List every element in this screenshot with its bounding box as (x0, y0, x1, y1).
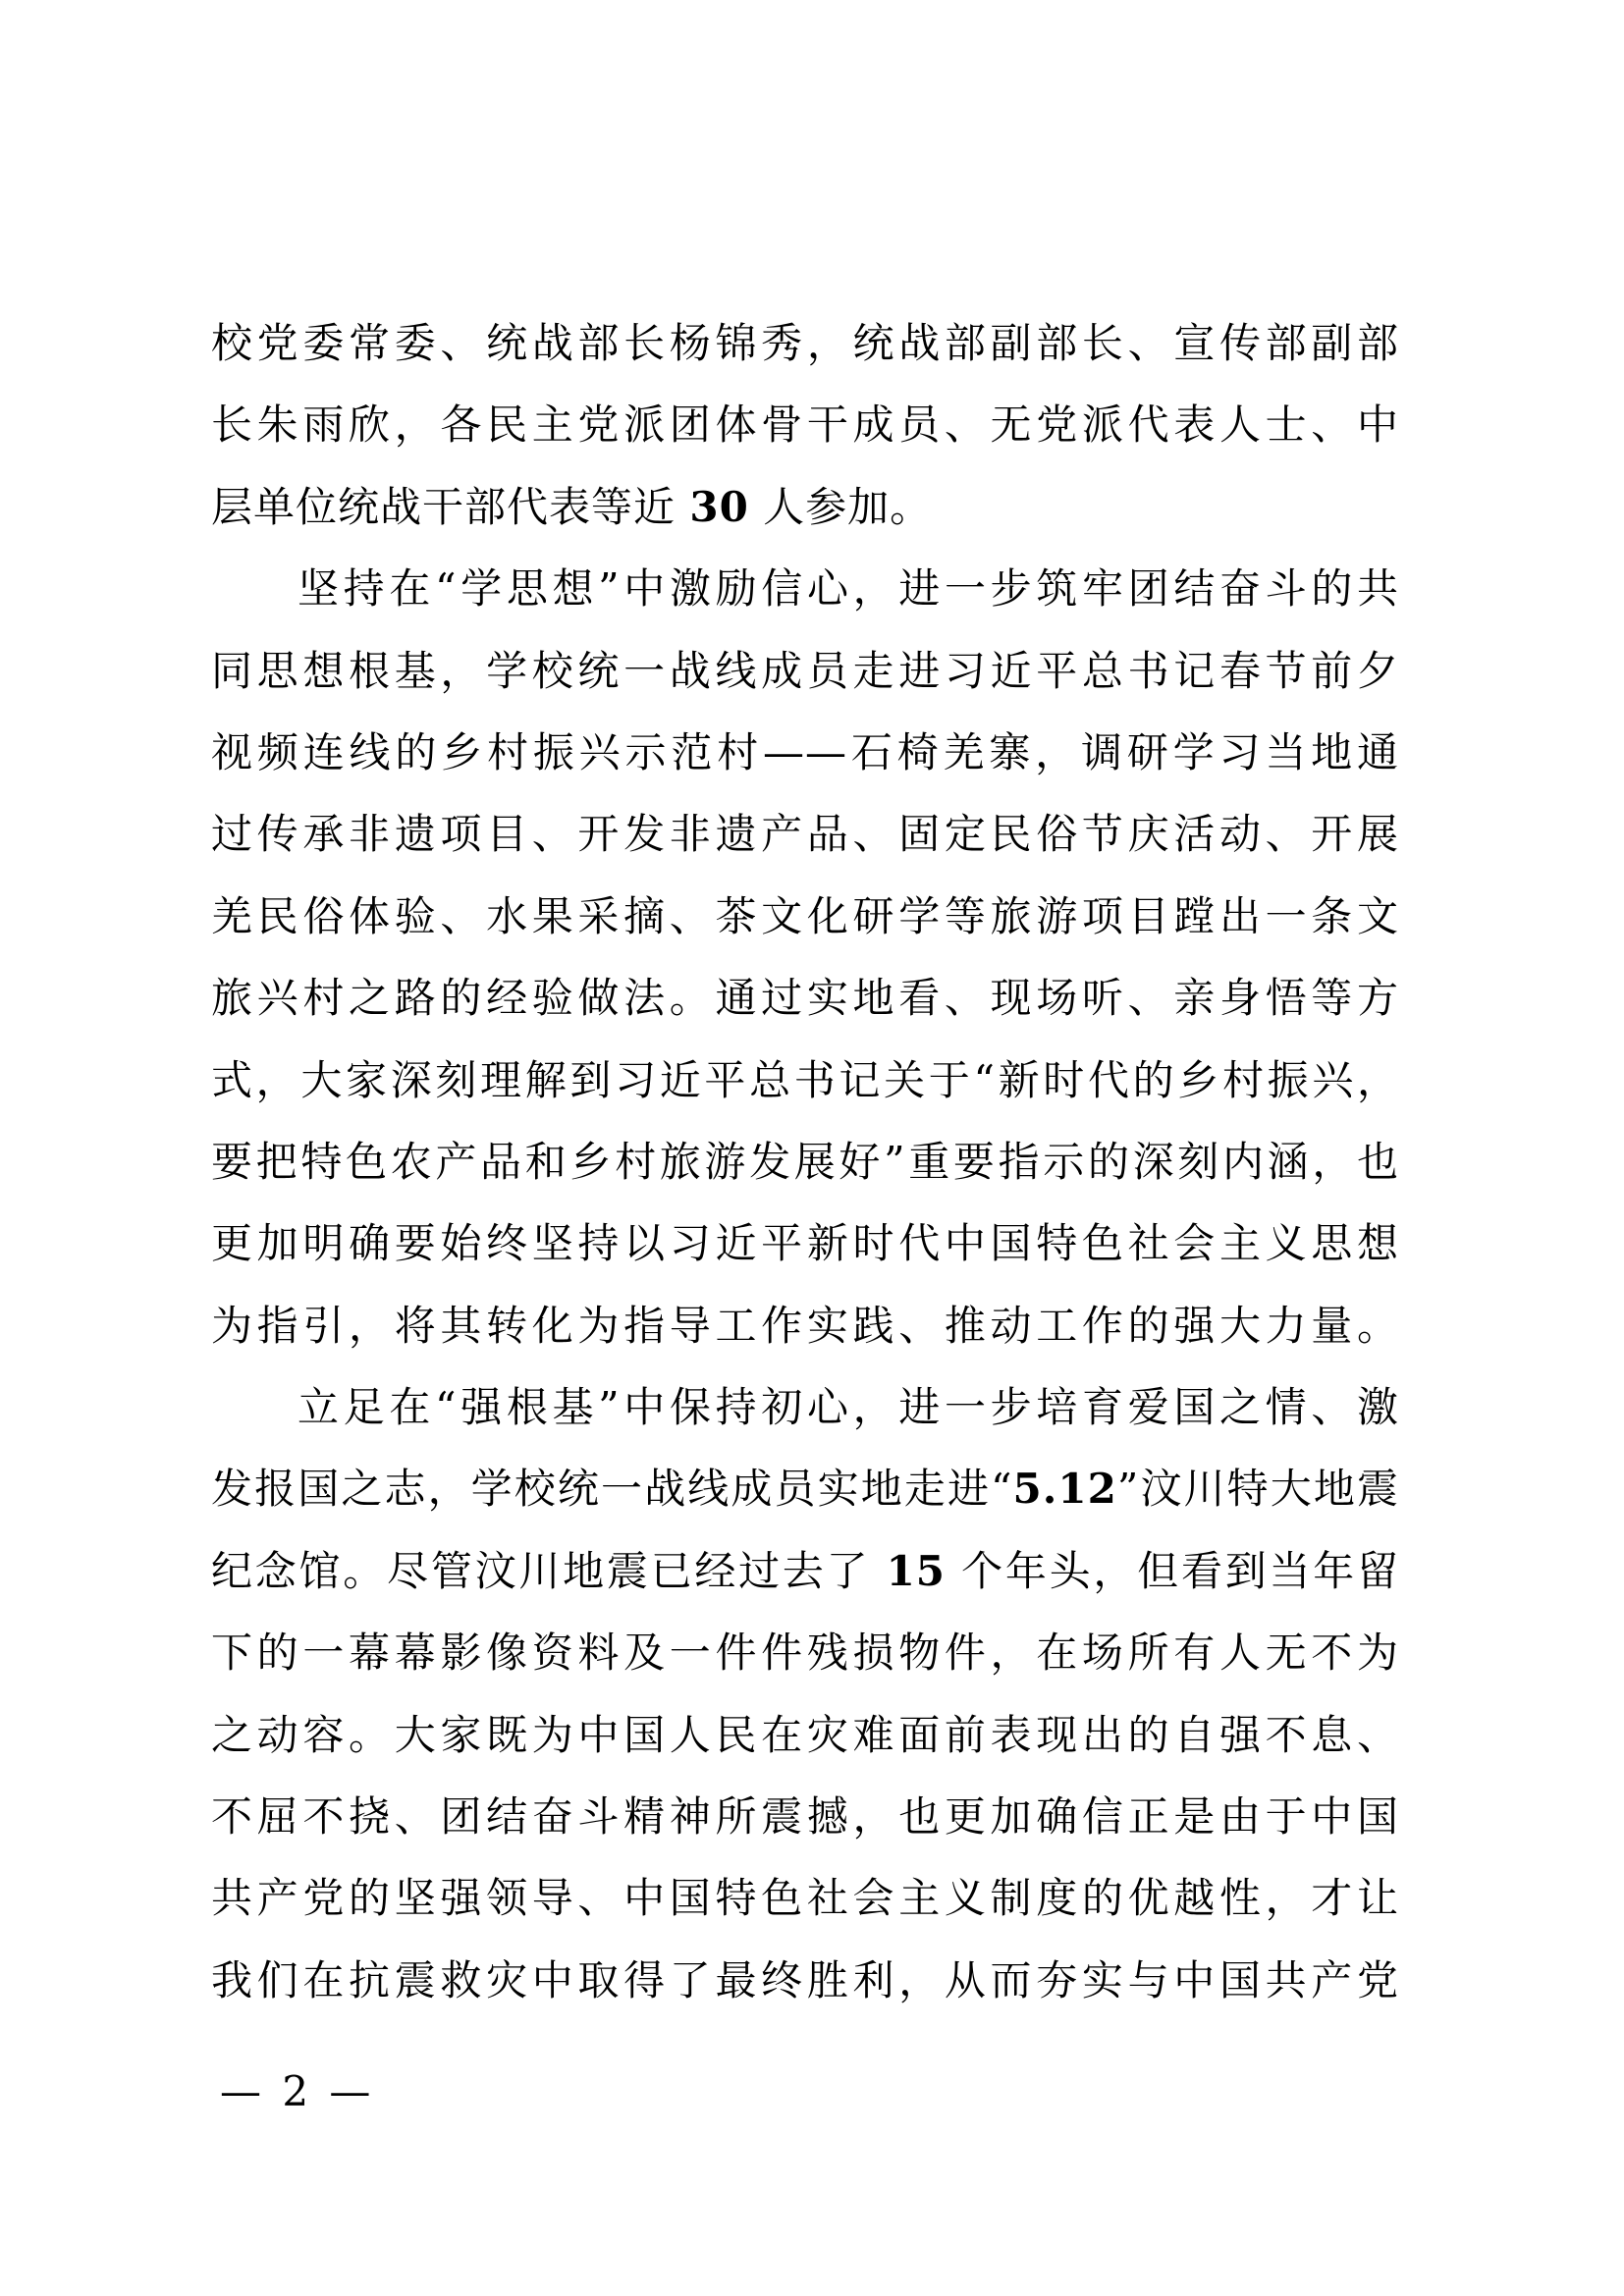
text-run: 层单位统战干部代表等近 (211, 483, 689, 531)
text-run: 我们在抗震救灾中取得了最终胜利，从而夯实与中国共产党 (211, 1956, 1399, 2004)
text-line: 同思想根基，学校统一战线成员走进习近平总书记春节前夕 (211, 630, 1399, 712)
numeral: 5.12 (1013, 1465, 1117, 1513)
text-line: 我们在抗震救灾中取得了最终胜利，从而夯实与中国共产党 (211, 1940, 1399, 2021)
text-line: 立足在“强根基”中保持初心，进一步培育爱国之情、激 (211, 1366, 1399, 1448)
text-run: 立足在“强根基”中保持初心，进一步培育爱国之情、激 (298, 1383, 1399, 1431)
page-number: — 2 — (220, 2067, 370, 2116)
text-line: 式，大家深刻理解到习近平总书记关于“新时代的乡村振兴， (211, 1040, 1399, 1121)
text-run: 坚持在“学思想”中激励信心，进一步筑牢团结奋斗的共 (298, 564, 1399, 613)
text-run: 要把特色农产品和乡村旅游发展好”重要指示的深刻内涵，也 (211, 1138, 1399, 1186)
text-line: 羌民俗体验、水果采摘、茶文化研学等旅游项目蹚出一条文 (211, 876, 1399, 957)
text-run: 同思想根基，学校统一战线成员走进习近平总书记春节前夕 (211, 647, 1399, 695)
text-run: 旅兴村之路的经验做法。通过实地看、现场听、亲身悟等方 (211, 974, 1399, 1022)
text-line: 不屈不挠、团结奋斗精神所震撼，也更加确信正是由于中国 (211, 1776, 1399, 1857)
text-line: 视频连线的乡村振兴示范村——石椅羌寨，调研学习当地通 (211, 712, 1399, 793)
text-run: 发报国之志，学校统一战线成员实地走进“ (211, 1465, 1013, 1513)
text-line: 发报国之志，学校统一战线成员实地走进“5.12”汶川特大地震 (211, 1448, 1399, 1529)
text-run: 长朱雨欣，各民主党派团体骨干成员、无党派代表人士、中 (211, 400, 1399, 449)
text-line: 共产党的坚强领导、中国特色社会主义制度的优越性，才让 (211, 1857, 1399, 1939)
numeral: 30 (689, 483, 748, 531)
text-line: 为指引，将其转化为指导工作实践、推动工作的强大力量。 (211, 1285, 1399, 1366)
text-line: 旅兴村之路的经验做法。通过实地看、现场听、亲身悟等方 (211, 957, 1399, 1039)
text-line: 校党委常委、统战部长杨锦秀，统战部副部长、宣传部副部 (211, 302, 1399, 384)
text-run: 个年头，但看到当年留 (946, 1547, 1399, 1595)
text-run: 式，大家深刻理解到习近平总书记关于“新时代的乡村振兴， (211, 1056, 1399, 1104)
text-line: 纪念馆。尽管汶川地震已经过去了 15 个年头，但看到当年留 (211, 1530, 1399, 1612)
text-run: ”汶川特大地震 (1117, 1465, 1399, 1513)
text-run: 为指引，将其转化为指导工作实践、推动工作的强大力量。 (211, 1302, 1399, 1350)
text-run: 羌民俗体验、水果采摘、茶文化研学等旅游项目蹚出一条文 (211, 892, 1399, 940)
text-line: 坚持在“学思想”中激励信心，进一步筑牢团结奋斗的共 (211, 548, 1399, 629)
text-line: 更加明确要始终坚持以习近平新时代中国特色社会主义思想 (211, 1202, 1399, 1284)
text-run: 纪念馆。尽管汶川地震已经过去了 (211, 1547, 887, 1595)
text-line: 之动容。大家既为中国人民在灾难面前表现出的自强不息、 (211, 1694, 1399, 1776)
text-run: 视频连线的乡村振兴示范村——石椅羌寨，调研学习当地通 (211, 728, 1399, 776)
text-line: 下的一幕幕影像资料及一件件残损物件，在场所有人无不为 (211, 1612, 1399, 1693)
text-line: 要把特色农产品和乡村旅游发展好”重要指示的深刻内涵，也 (211, 1121, 1399, 1202)
text-run: 人参加。 (749, 483, 932, 531)
text-run: 过传承非遗项目、开发非遗产品、固定民俗节庆活动、开展 (211, 810, 1399, 858)
text-run: 校党委常委、统战部长杨锦秀，统战部副部长、宣传部副部 (211, 319, 1399, 367)
text-run: 更加明确要始终坚持以习近平新时代中国特色社会主义思想 (211, 1219, 1399, 1267)
text-line: 长朱雨欣，各民主党派团体骨干成员、无党派代表人士、中 (211, 384, 1399, 465)
document-page: 校党委常委、统战部长杨锦秀，统战部副部长、宣传部副部长朱雨欣，各民主党派团体骨干… (0, 0, 1624, 2296)
text-run: 不屈不挠、团结奋斗精神所震撼，也更加确信正是由于中国 (211, 1792, 1399, 1841)
document-body: 校党委常委、统战部长杨锦秀，统战部副部长、宣传部副部长朱雨欣，各民主党派团体骨干… (211, 302, 1399, 2021)
text-run: 之动容。大家既为中国人民在灾难面前表现出的自强不息、 (211, 1711, 1399, 1759)
text-line: 过传承非遗项目、开发非遗产品、固定民俗节庆活动、开展 (211, 793, 1399, 875)
text-run: 下的一幕幕影像资料及一件件残损物件，在场所有人无不为 (211, 1629, 1399, 1677)
text-line: 层单位统战干部代表等近 30 人参加。 (211, 466, 1399, 548)
numeral: 15 (887, 1547, 946, 1595)
text-run: 共产党的坚强领导、中国特色社会主义制度的优越性，才让 (211, 1874, 1399, 1922)
